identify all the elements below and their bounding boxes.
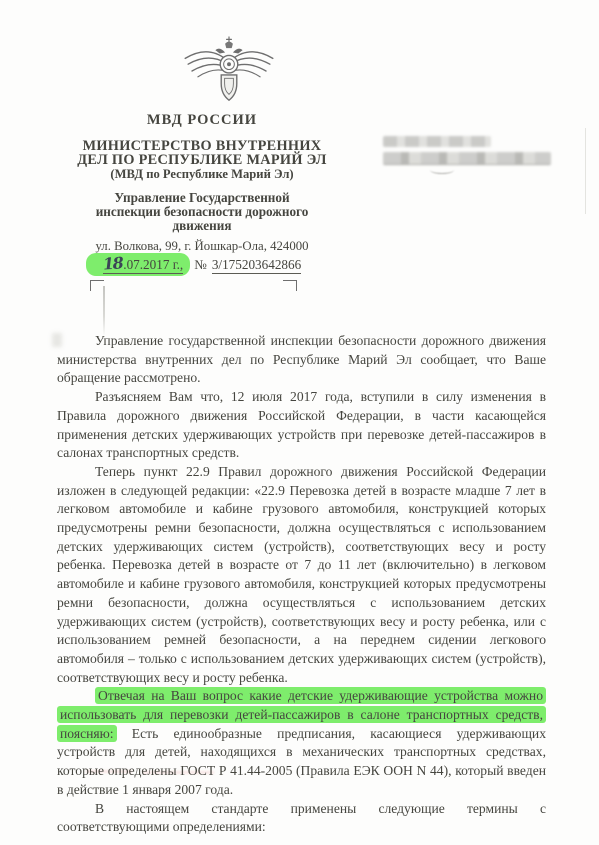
printed-date-rest: .07.2017 г., xyxy=(123,257,183,272)
scanned-letter-page: МВД РОССИИ МИНИСТЕРСТВО ВНУТРЕННИХ ДЕЛ П… xyxy=(0,0,599,845)
body-paragraph: Отвечая на Ваш вопрос какие детские удер… xyxy=(57,687,546,799)
redacted-recipient-line-2 xyxy=(383,152,551,165)
sender-address: ул. Волкова, 99, г. Йошкар-Ола, 424000 xyxy=(58,239,346,254)
date-and-number-line: 18.07.2017 г.,№3/175203642866 xyxy=(86,253,301,276)
redacted-recipient-line-1 xyxy=(383,136,491,147)
fold-line-artifact xyxy=(103,286,105,336)
document-number: 3/175203642866 xyxy=(212,257,301,274)
body-paragraph: Управление государственной инспекции без… xyxy=(57,332,546,388)
number-sign: № xyxy=(194,257,207,272)
document-date: 18.07.2017 г., xyxy=(103,257,183,274)
org-name-top: МВД РОССИИ xyxy=(58,112,346,129)
division-name-line3: движения xyxy=(58,218,346,234)
scan-edge-artifact xyxy=(585,128,586,214)
body-paragraph: Разъясняем Вам что, 12 июля 2017 года, в… xyxy=(57,388,546,463)
paragraph-text: Есть единообразные предписания, касающие… xyxy=(57,726,546,797)
paragraph-text: В настоящем стандарте применены следующи… xyxy=(57,801,546,835)
handwritten-day: 18 xyxy=(102,253,123,273)
document-body: Управление государственной инспекции без… xyxy=(57,332,546,837)
mvd-eagle-emblem xyxy=(182,35,276,109)
date-highlight: 18.07.2017 г., xyxy=(86,253,190,276)
body-paragraph: В настоящем стандарте применены следующи… xyxy=(57,800,546,837)
body-paragraph: Теперь пункт 22.9 Правил дорожного движе… xyxy=(57,463,546,687)
redacted-recipient-flourish xyxy=(430,166,454,174)
paragraph-text: Разъясняем Вам что, 12 июля 2017 года, в… xyxy=(57,389,546,460)
corner-mark-right xyxy=(283,280,297,291)
ministry-abbreviation: (МВД по Республике Марий Эл) xyxy=(58,167,346,182)
paragraph-text: Теперь пункт 22.9 Правил дорожного движе… xyxy=(57,464,546,685)
corner-mark-left xyxy=(90,280,104,291)
paragraph-text: Управление государственной инспекции без… xyxy=(57,333,546,385)
